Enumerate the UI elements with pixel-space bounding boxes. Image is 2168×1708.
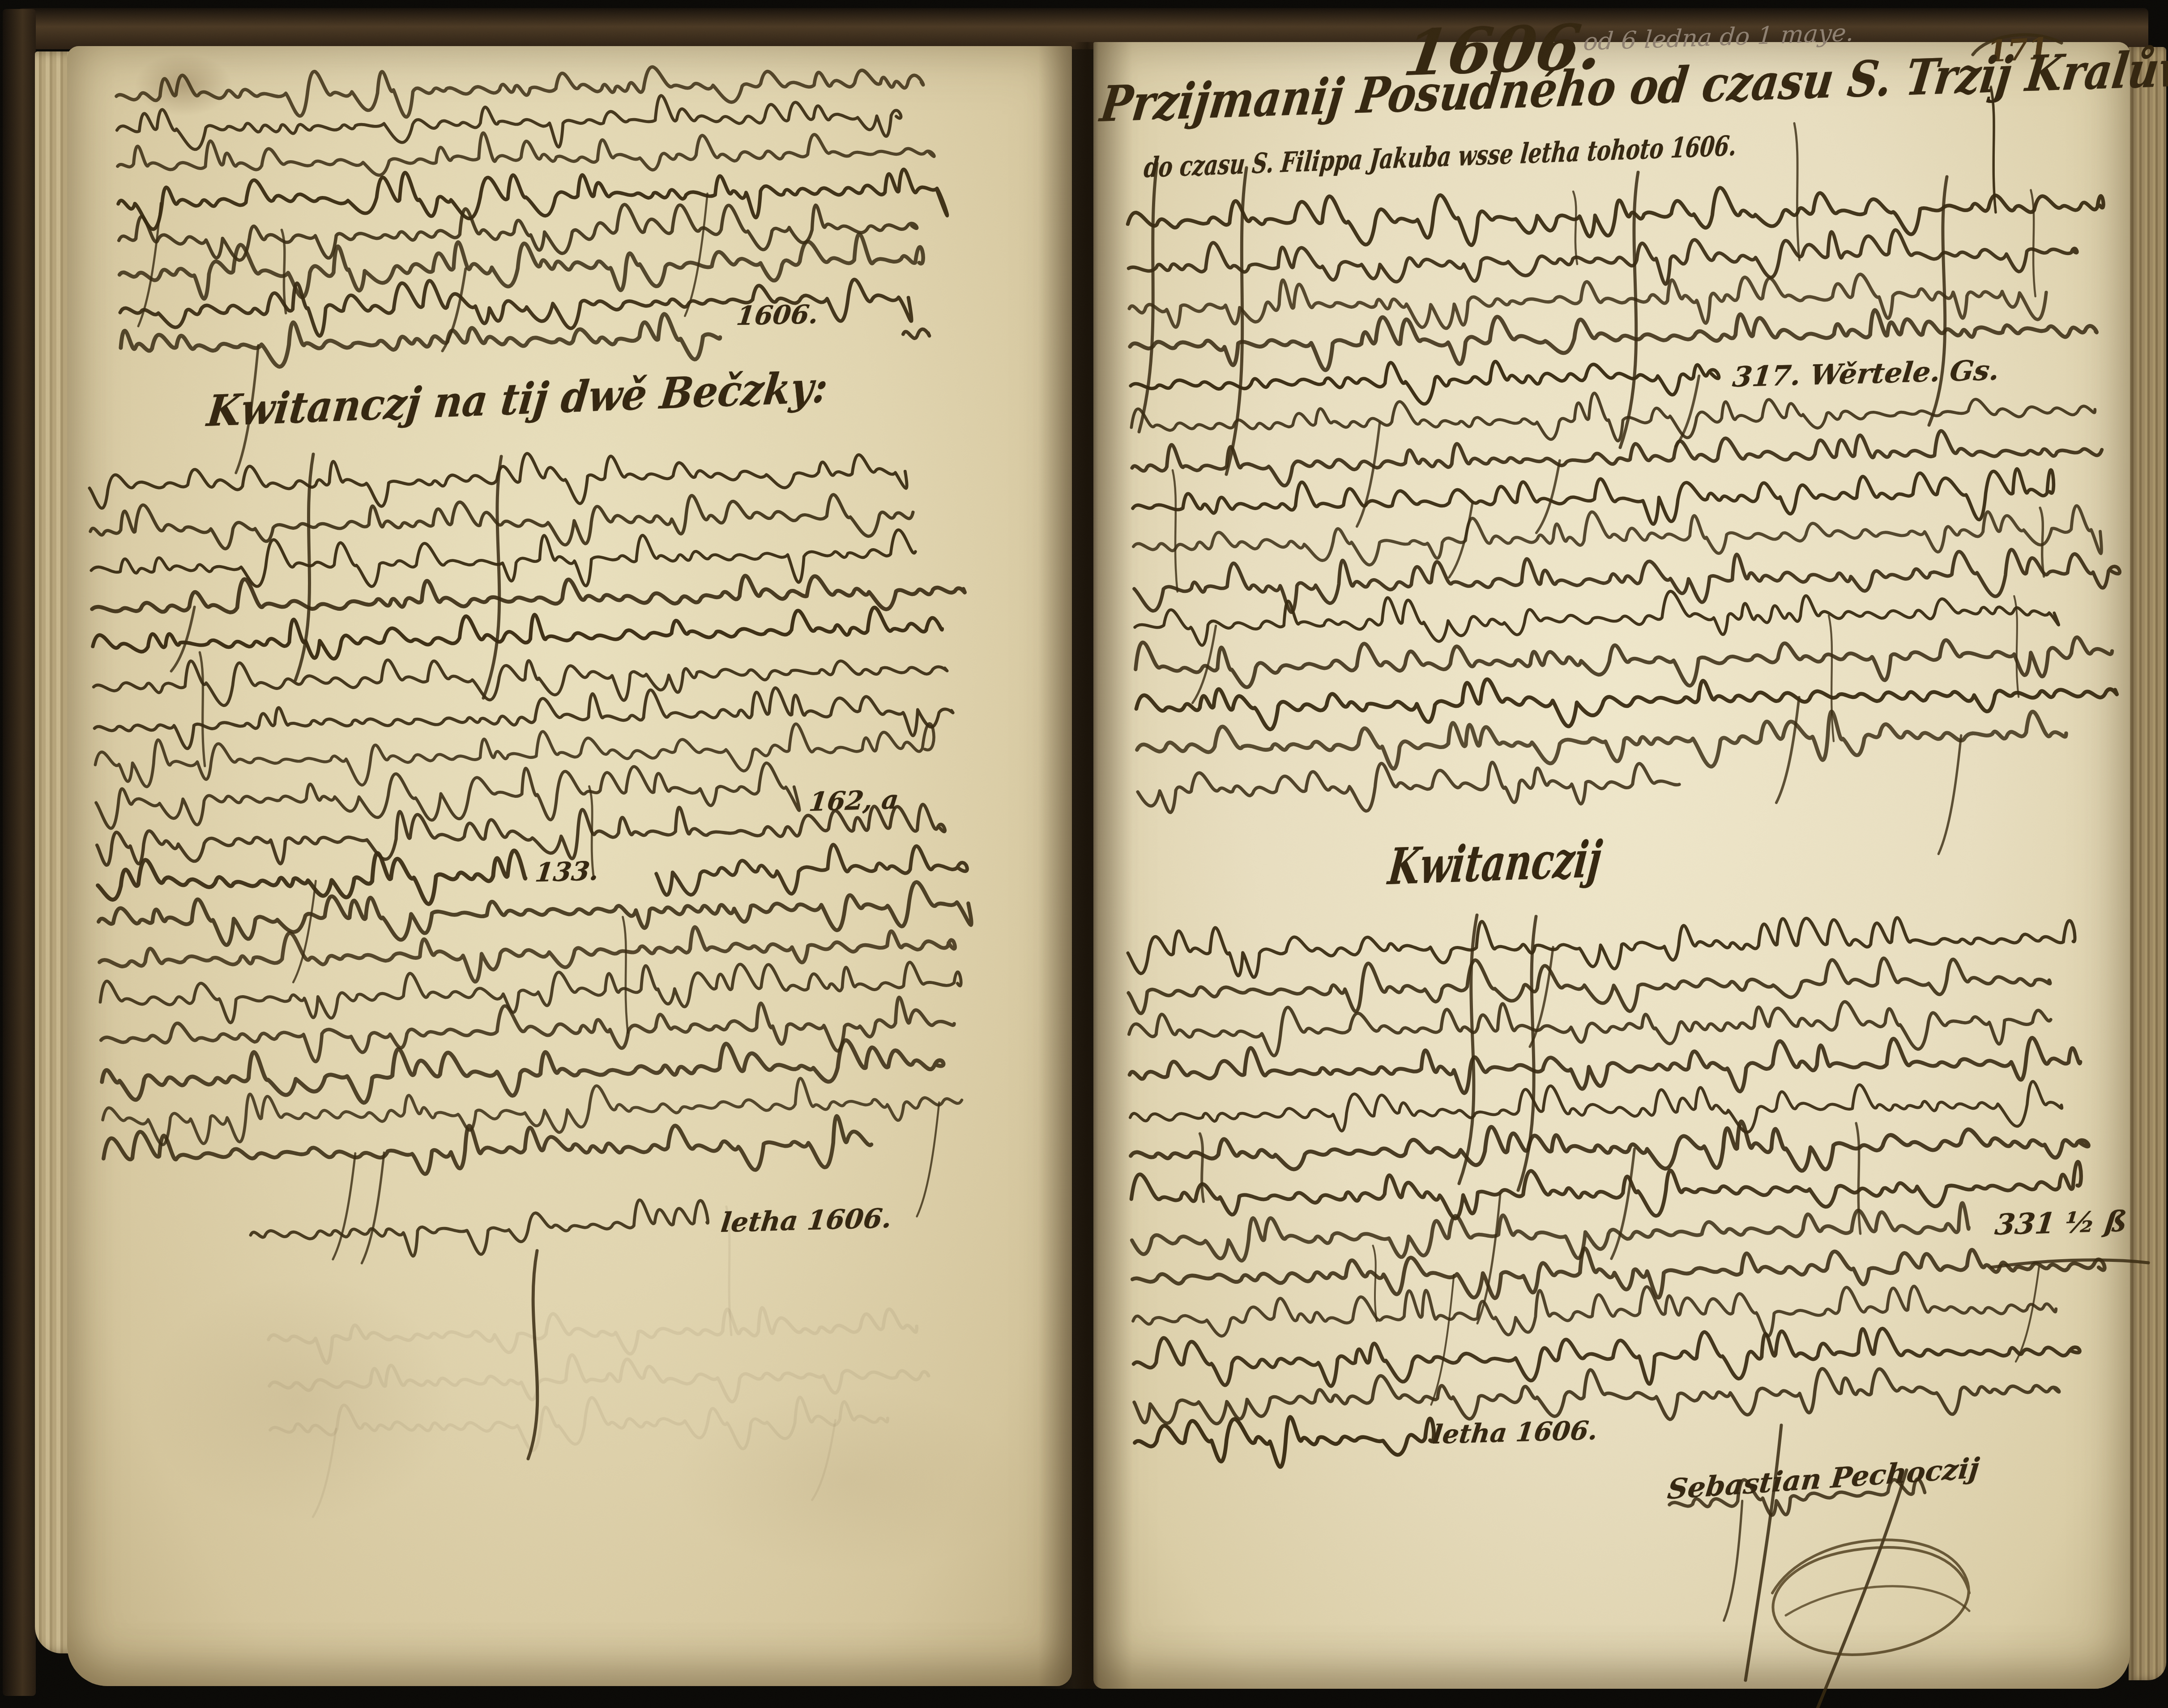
left-datum-closing: letha 1606. bbox=[719, 1203, 893, 1239]
right-page bbox=[1093, 42, 2130, 1689]
left-paragraph1-year: 1606. bbox=[735, 299, 820, 331]
gutter-shadow bbox=[1038, 42, 1132, 1689]
left-inline-amount-162: 162, a bbox=[807, 784, 900, 817]
right-section-heading: Kwitanczij bbox=[1386, 830, 1605, 896]
left-inline-amount-133: 133. bbox=[533, 856, 601, 888]
manuscript-book-spread: 1606. Kwitanczj na tij dwě Bečzky: 162, … bbox=[0, 0, 2168, 1708]
book-cover-left-edge bbox=[3, 9, 36, 1696]
page-stack-fore-edge bbox=[2129, 47, 2166, 1680]
right-inline-amount-331: 331 ½ ß bbox=[1993, 1205, 2129, 1242]
right-closing-year: letha 1606. bbox=[1431, 1415, 1599, 1450]
